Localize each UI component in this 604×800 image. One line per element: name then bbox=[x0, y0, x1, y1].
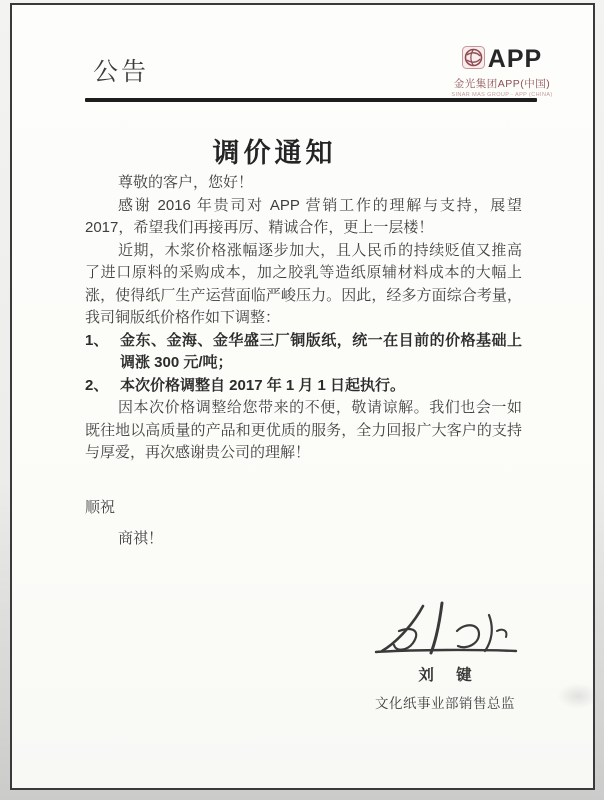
paragraph-apology: 因本次价格调整给您带来的不便，敬请谅解。我们也会一如既往地以高质量的产品和更优质… bbox=[85, 397, 522, 465]
signer-name: 刘 键 bbox=[364, 663, 526, 685]
closing-regards: 商祺！ bbox=[85, 528, 522, 551]
salutation: 尊敬的客户，您好！ bbox=[85, 172, 522, 195]
list-item-1-text: 金东、金海、金华盛三厂铜版纸，统一在目前的价格基础上调涨 300 元/吨； bbox=[120, 330, 522, 375]
document-body: 尊敬的客户，您好！ 感谢 2016 年贵司对 APP 营销工作的理解与支持，展望… bbox=[85, 172, 522, 551]
scan-smudge bbox=[557, 683, 599, 709]
logo-brand-text: APP bbox=[488, 45, 542, 74]
globe-icon bbox=[462, 46, 485, 74]
logo-company-name-cn: 金光集团APP(中国) bbox=[450, 76, 554, 91]
closing-wish: 顺祝 bbox=[85, 497, 522, 520]
list-item-2-number: 2、 bbox=[85, 375, 120, 398]
paragraph-reason: 近期，木浆价格涨幅逐步加大，且人民币的持续贬值又推高了进口原料的采购成本，加之胶… bbox=[85, 240, 522, 330]
list-item-2-text: 本次价格调整自 2017 年 1 月 1 日起执行。 bbox=[120, 375, 522, 398]
document-title: 调价通知 bbox=[0, 131, 565, 170]
header-divider bbox=[85, 98, 537, 102]
logo-brand-row: APP bbox=[450, 45, 554, 74]
announcement-label: 公告 bbox=[93, 52, 149, 88]
app-logo: APP 金光集团APP(中国) SINAR MAS GROUP - APP (C… bbox=[450, 45, 554, 98]
document-page: 公告 APP 金光集团APP(中国) SINAR MAS GROUP - APP… bbox=[10, 3, 595, 790]
paragraph-thanks: 感谢 2016 年贵司对 APP 营销工作的理解与支持，展望 2017，希望我们… bbox=[85, 195, 522, 240]
list-item-1-number: 1、 bbox=[85, 330, 120, 375]
signature-block: 刘 键 文化纸事业部销售总监 bbox=[364, 601, 526, 712]
list-item-2: 2、 本次价格调整自 2017 年 1 月 1 日起执行。 bbox=[85, 375, 522, 398]
list-item-1: 1、 金东、金海、金华盛三厂铜版纸，统一在目前的价格基础上调涨 300 元/吨； bbox=[85, 330, 522, 375]
handwritten-signature bbox=[369, 601, 521, 659]
signer-job-title: 文化纸事业部销售总监 bbox=[364, 692, 526, 712]
